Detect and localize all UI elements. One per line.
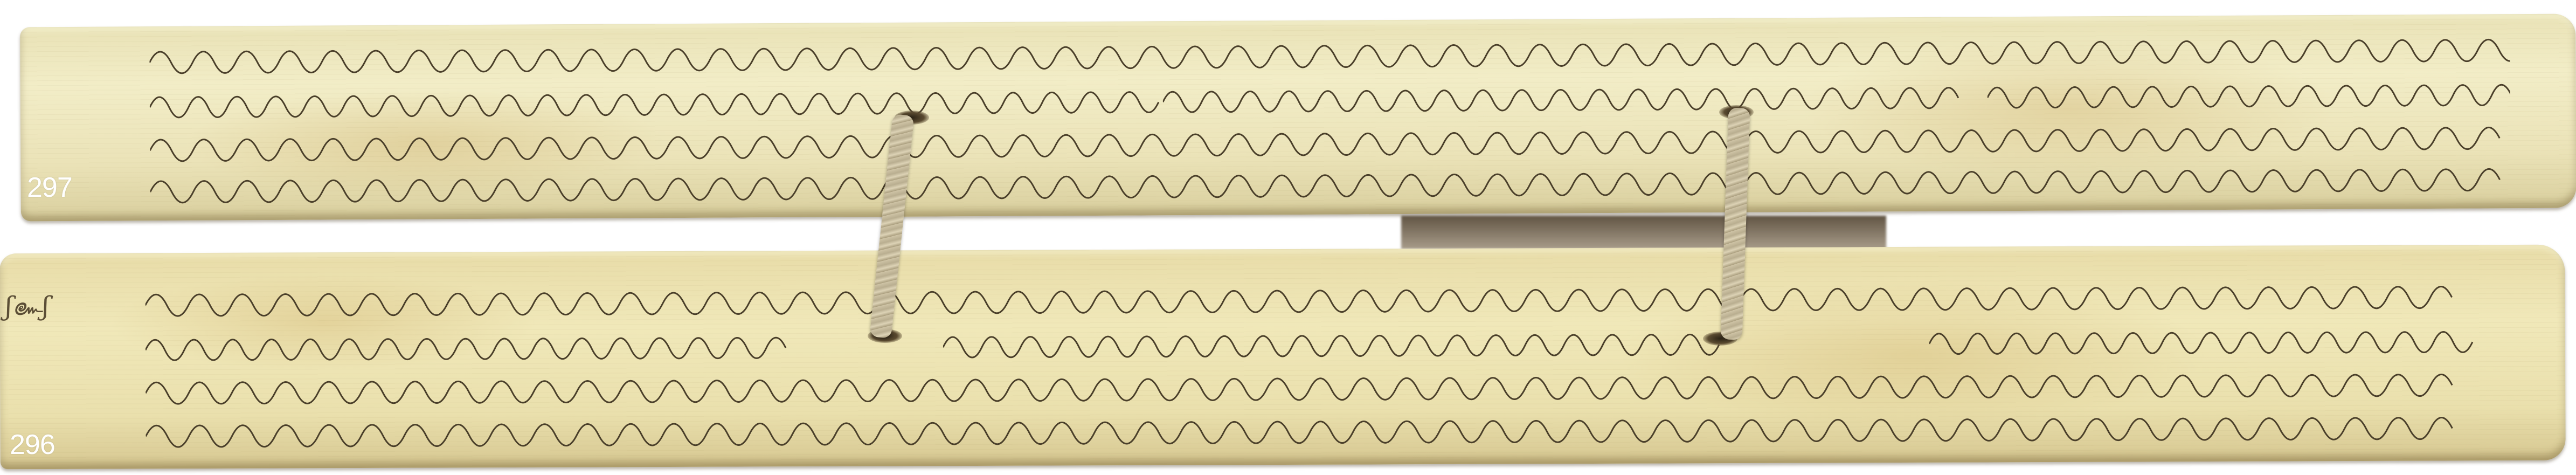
folio-number-296: 296 <box>10 429 55 461</box>
script-line-2b <box>943 320 1725 361</box>
folio-296-leaf: ʃ๛ʃ <box>0 245 2566 470</box>
script-line-2b <box>1163 73 1971 115</box>
folio-gap-shadow <box>1401 216 1886 249</box>
script-line-4 <box>146 404 2490 450</box>
script-line-2c <box>1929 318 2490 357</box>
script-line-2a <box>150 78 1174 121</box>
script-line-2a <box>146 323 792 363</box>
margin-folio-mark: ʃ๛ʃ <box>5 286 50 327</box>
folio-297-leaf <box>20 14 2576 222</box>
folio-number-297: 297 <box>27 171 72 204</box>
script-line-2c <box>1988 71 2510 111</box>
